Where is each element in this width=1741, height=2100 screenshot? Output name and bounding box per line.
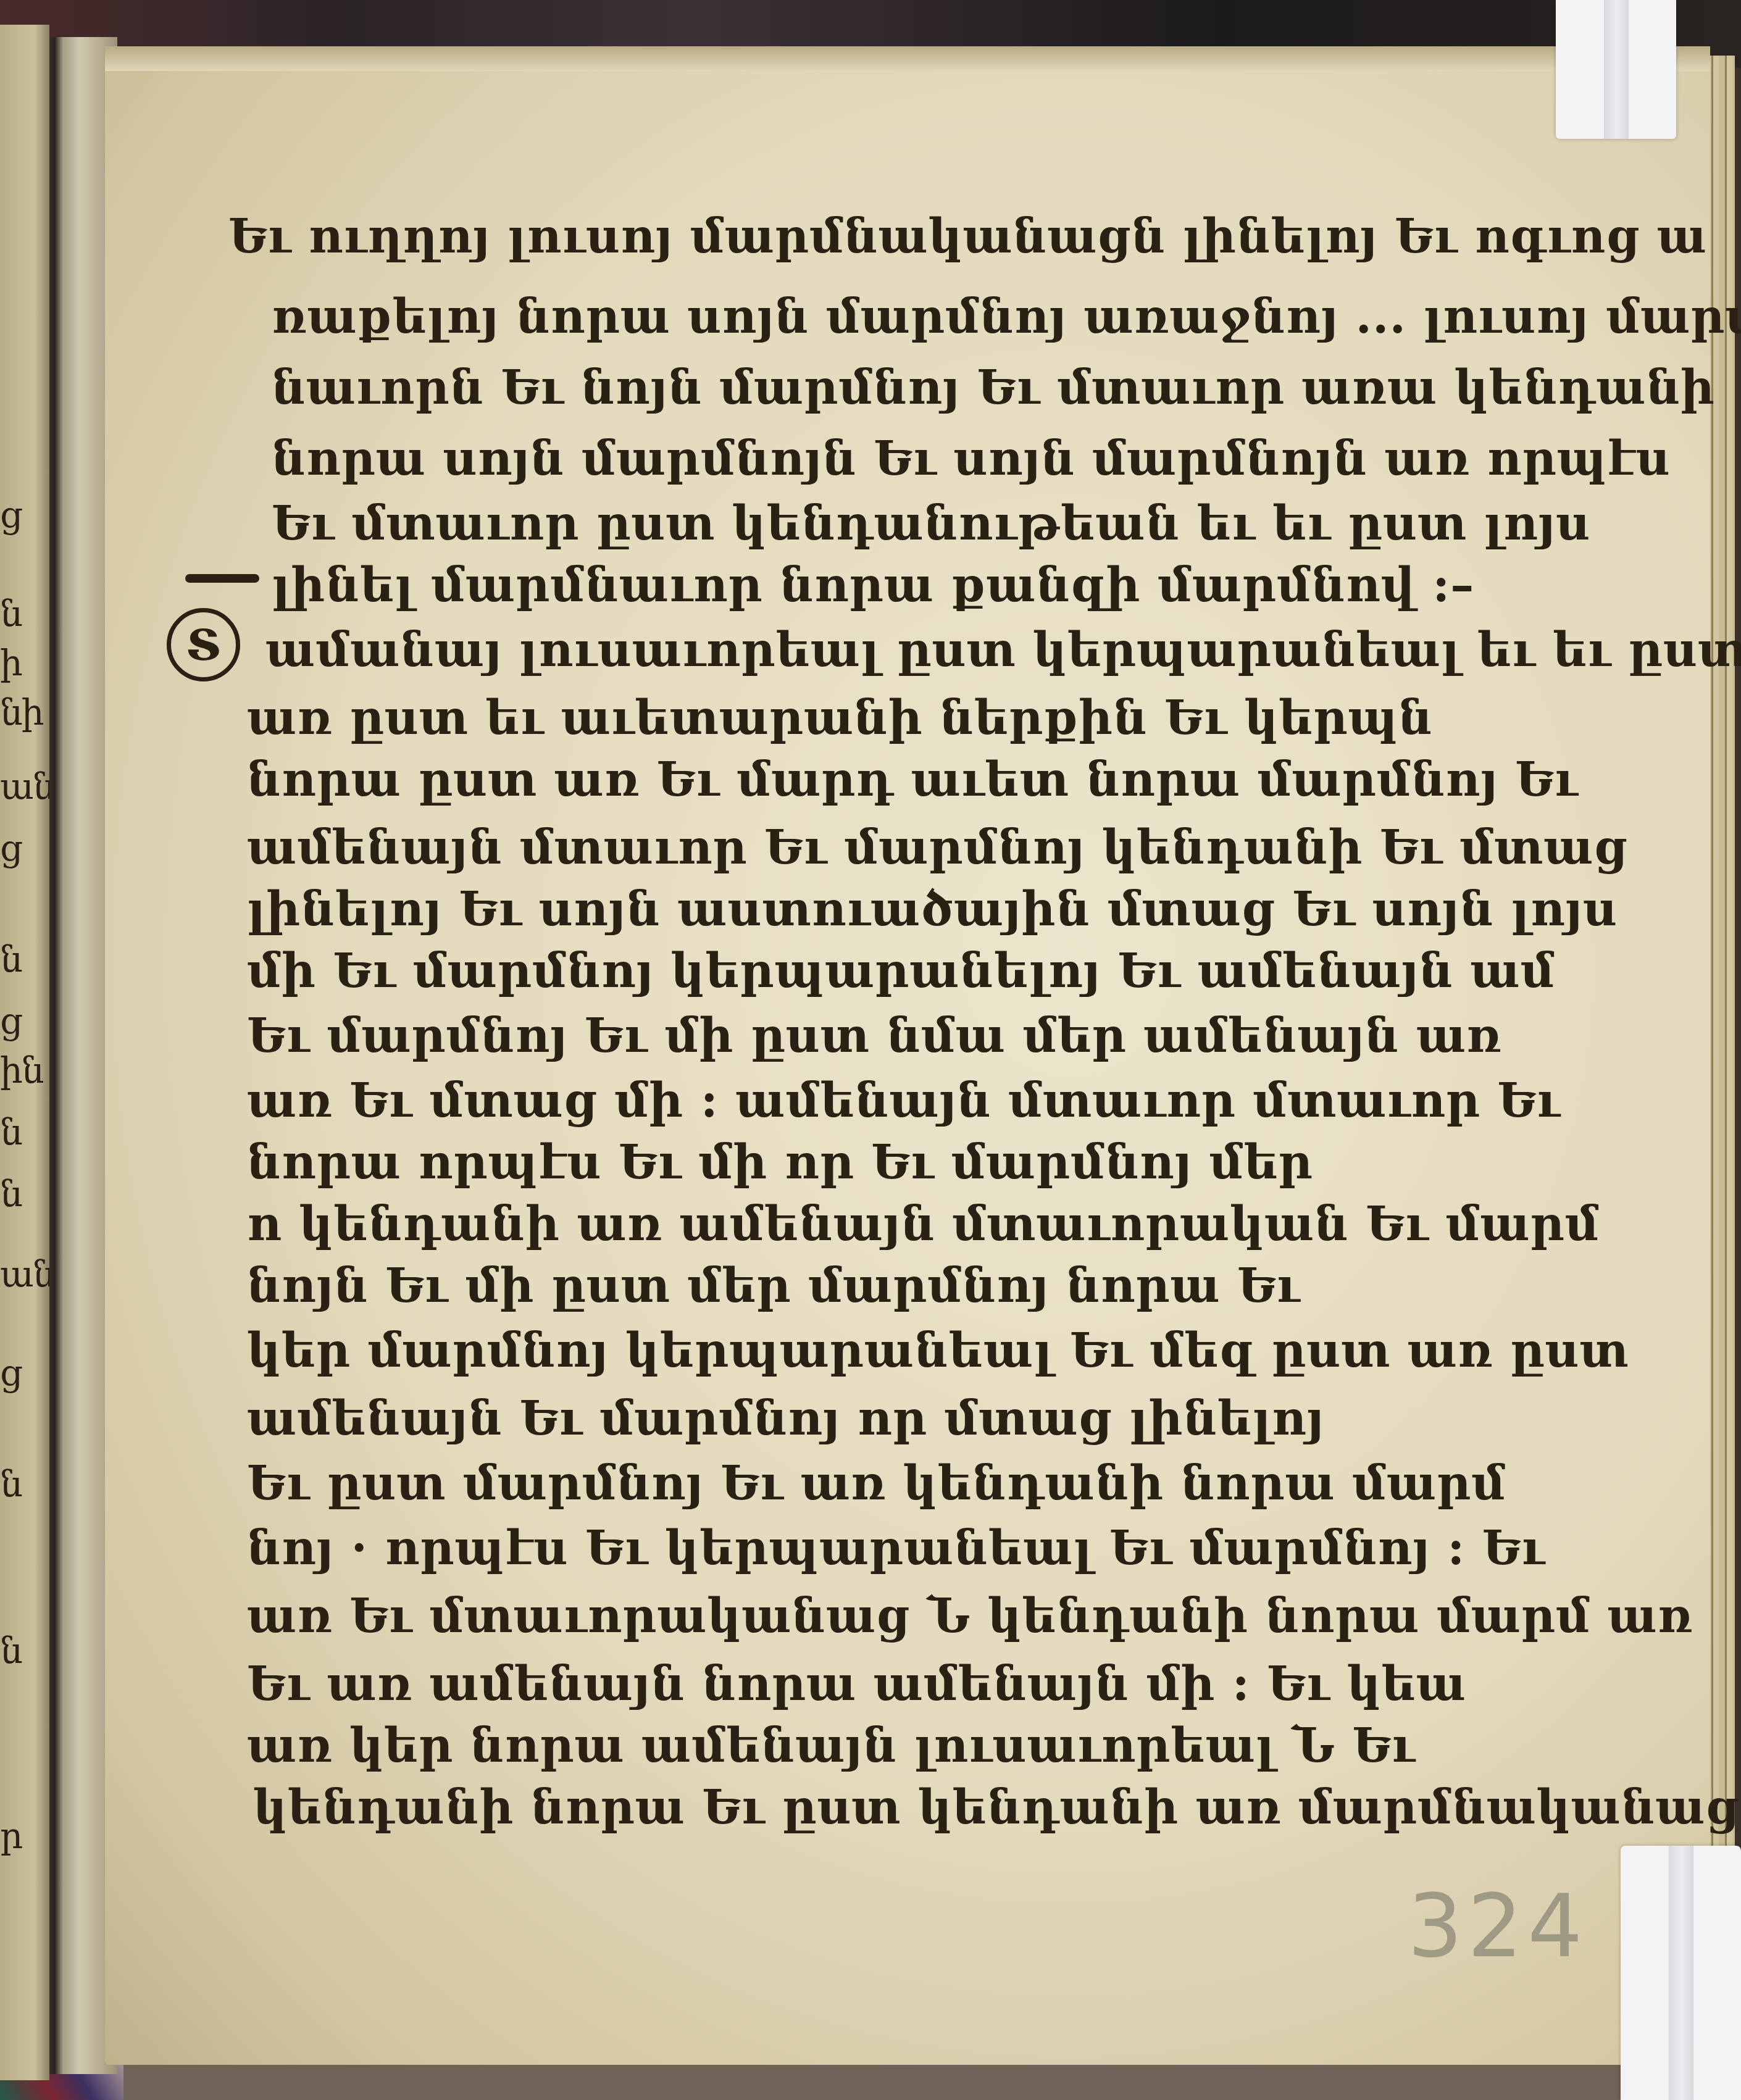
text-line: նաւորն Եւ նոյն մարմնոյ Եւ մտաւոր առա կեն… (272, 364, 1715, 411)
text-line: կեր մարմնոյ կերպարանեալ Եւ մեզ ըստ առ ըս… (247, 1327, 1629, 1374)
text-line: լինել մարմնաւոր նորա քանզի մարմնով :– (272, 562, 1474, 609)
text-line: նոյն Եւ մի ըստ մեր մարմնոյ նորա Եւ (247, 1262, 1300, 1309)
manuscript-text: Եւ ուղղոյ լուսոյ մարմնականացն լինելոյ Եւ… (0, 0, 1741, 2100)
text-line: նոյ · որպէս Եւ կերպարանեալ Եւ մարմնոյ : … (247, 1525, 1545, 1572)
text-line: նորա սոյն մարմնոյն Եւ սոյն մարմնոյն առ ո… (272, 435, 1671, 482)
text-line: Եւ ուղղոյ լուսոյ մարմնականացն լինելոյ Եւ… (228, 213, 1707, 260)
folio-number: 324 (1408, 1877, 1587, 1977)
text-line: նորա ըստ առ Եւ մարդ աւետ նորա մարմնոյ Եւ (247, 756, 1578, 803)
text-line: առ կեր նորա ամենայն լուսաւորեալ Ն Եւ (247, 1722, 1415, 1769)
text-line: ամենայն Եւ մարմնոյ որ մտաց լինելոյ (247, 1395, 1324, 1442)
text-line: լինելոյ Եւ սոյն աստուածային մտաց Եւ սոյն… (247, 886, 1618, 933)
text-line: Եւ առ ամենայն նորա ամենայն մի : Եւ կեա (247, 1660, 1466, 1707)
text-line: առ Եւ մտաց մի : ամենայն մտաւոր մտաւոր Եւ (247, 1077, 1560, 1124)
text-line: Եւ մտաւոր ըստ կենդանութեան եւ եւ ըստ լոյ… (272, 500, 1590, 547)
text-line: նորա որպէս Եւ մի որ Եւ մարմնոյ մեր (247, 1139, 1313, 1186)
text-line: առ Եւ մտաւորականաց Ն կենդանի նորա մարմ ա… (247, 1593, 1693, 1640)
initial-letter: Տ (167, 608, 240, 681)
text-line: առ ըստ եւ աւետարանի ներքին Եւ կերպն (247, 694, 1433, 741)
text-line: ո կենդանի առ ամենայն մտաւորական Եւ մարմ (247, 1201, 1600, 1248)
text-line: ամենայն մտաւոր Եւ մարմնոյ կենդանի Եւ մտա… (247, 824, 1628, 871)
text-line: Եւ մարմնոյ Եւ մի ըստ նմա մեր ամենայն առ (247, 1012, 1502, 1059)
initial-letter-ornament (185, 574, 259, 583)
text-line: կենդանի նորա Եւ ըստ կենդանի առ մարմնական… (253, 1784, 1741, 1831)
text-line: ռաքելոյ նորա սոյն մարմնոյ առաջնոյ ... լո… (272, 293, 1741, 340)
text-line: Եւ ըստ մարմնոյ Եւ առ կենդանի նորա մարմ (247, 1460, 1506, 1507)
text-line: ամանայ լուսաւորեալ ըստ կերպարանեալ եւ եւ… (265, 627, 1741, 673)
text-line: մի Եւ մարմնոյ կերպարանելոյ Եւ ամենայն ամ (247, 948, 1555, 994)
